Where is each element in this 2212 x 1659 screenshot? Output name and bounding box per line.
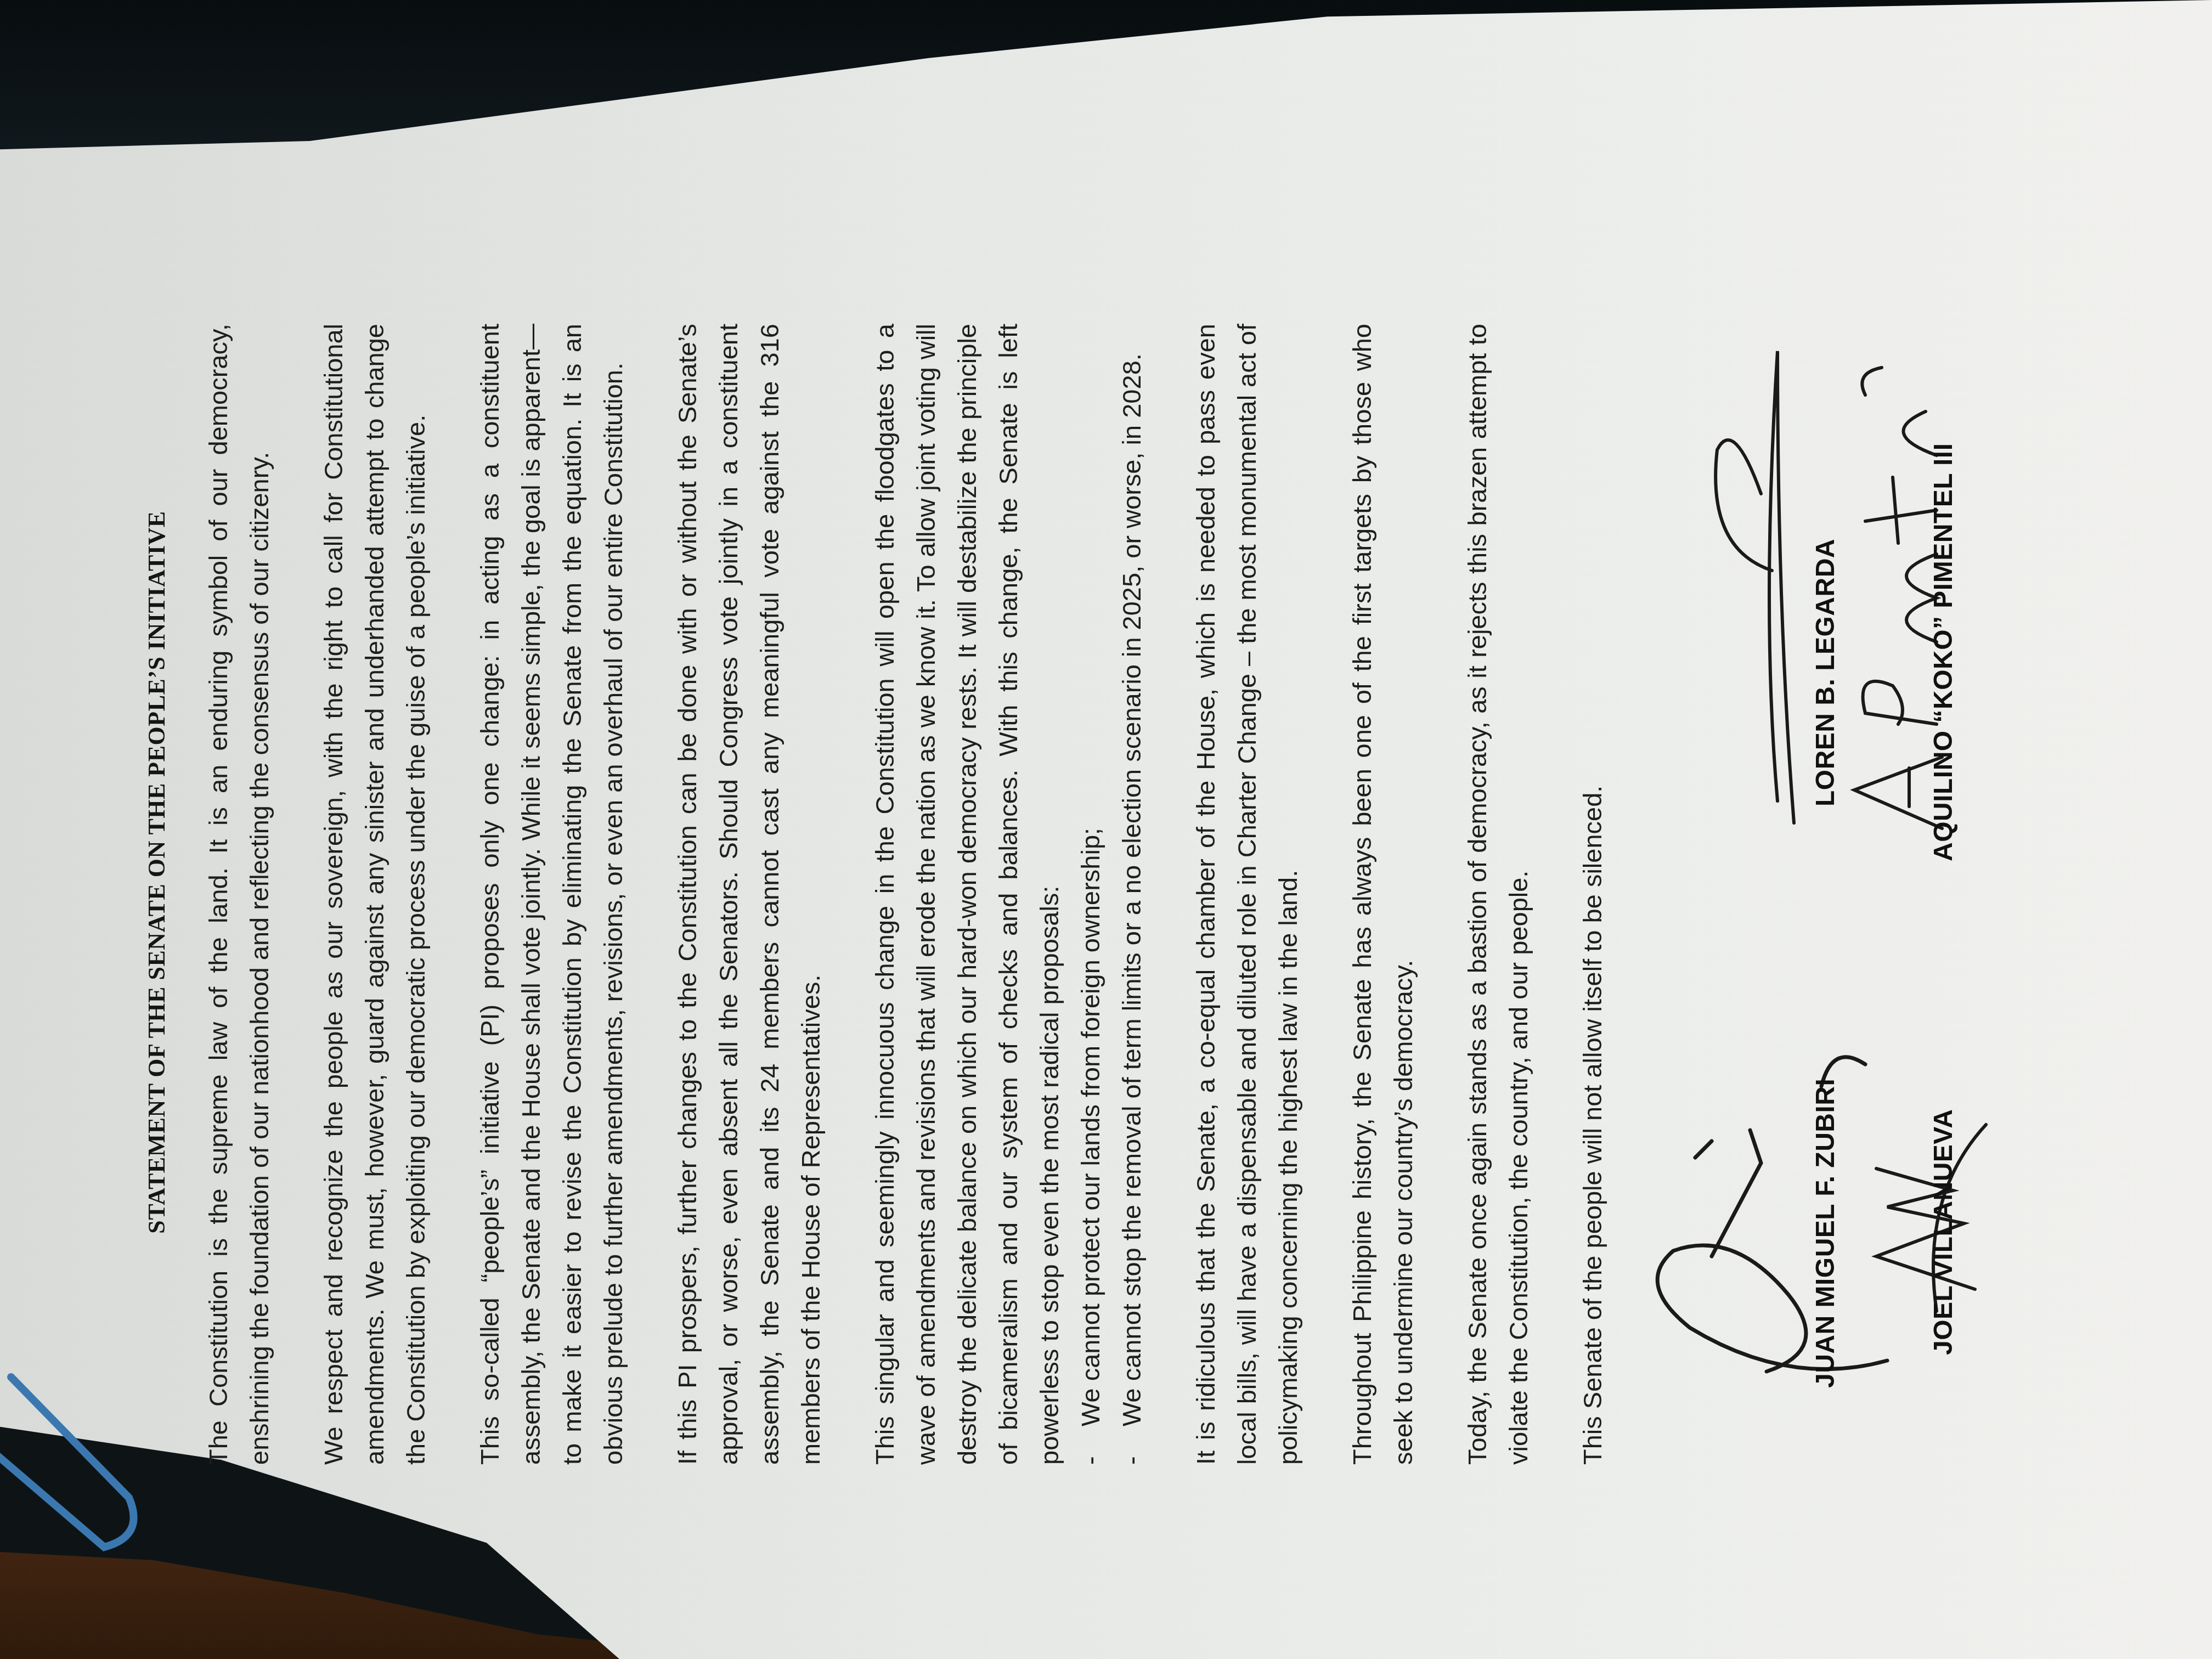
document-page: STATEMENT OF THE SENATE ON THE PEOPLE’S … [143,258,1953,1520]
document-body: The Constitution is the supreme law of t… [198,324,1646,1465]
paragraph-5: This singular and seemingly innocuous ch… [864,324,1070,1465]
paragraph-1: The Constitution is the supreme law of t… [198,324,280,1465]
paragraph-3: This so-called “people’s” initiative (PI… [469,324,634,1465]
paragraph-6: It is ridiculous that the Senate, a co-e… [1185,324,1308,1465]
proposal-list: We cannot protect our lands from foreign… [1070,324,1152,1465]
paragraph-7: Throughout Philippine history, the Senat… [1341,324,1424,1465]
signatory-pimentel: AQUILINO “KOKO” PIMENTEL III [1928,443,1959,861]
signature-villanueva [1854,1114,1991,1333]
document-title: STATEMENT OF THE SENATE ON THE PEOPLE’S … [143,488,171,1256]
signatory-zubiri: JUAN MIGUEL F. ZUBIRI [1810,1079,1841,1388]
proposal-item: We cannot stop the removal of term limit… [1111,324,1152,1465]
paperclip-icon [0,1372,165,1591]
paragraph-2: We respect and recognize the people as o… [313,324,436,1465]
signature-legarda [1596,340,1816,834]
proposal-item: We cannot protect our lands from foreign… [1070,324,1111,1465]
paragraph-4: If this PI prospers, further changes to … [667,324,831,1465]
signatory-villanueva: JOEL VILLANUEVA [1928,1109,1959,1355]
paragraph-8: Today, the Senate once again stands as a… [1457,324,1539,1465]
